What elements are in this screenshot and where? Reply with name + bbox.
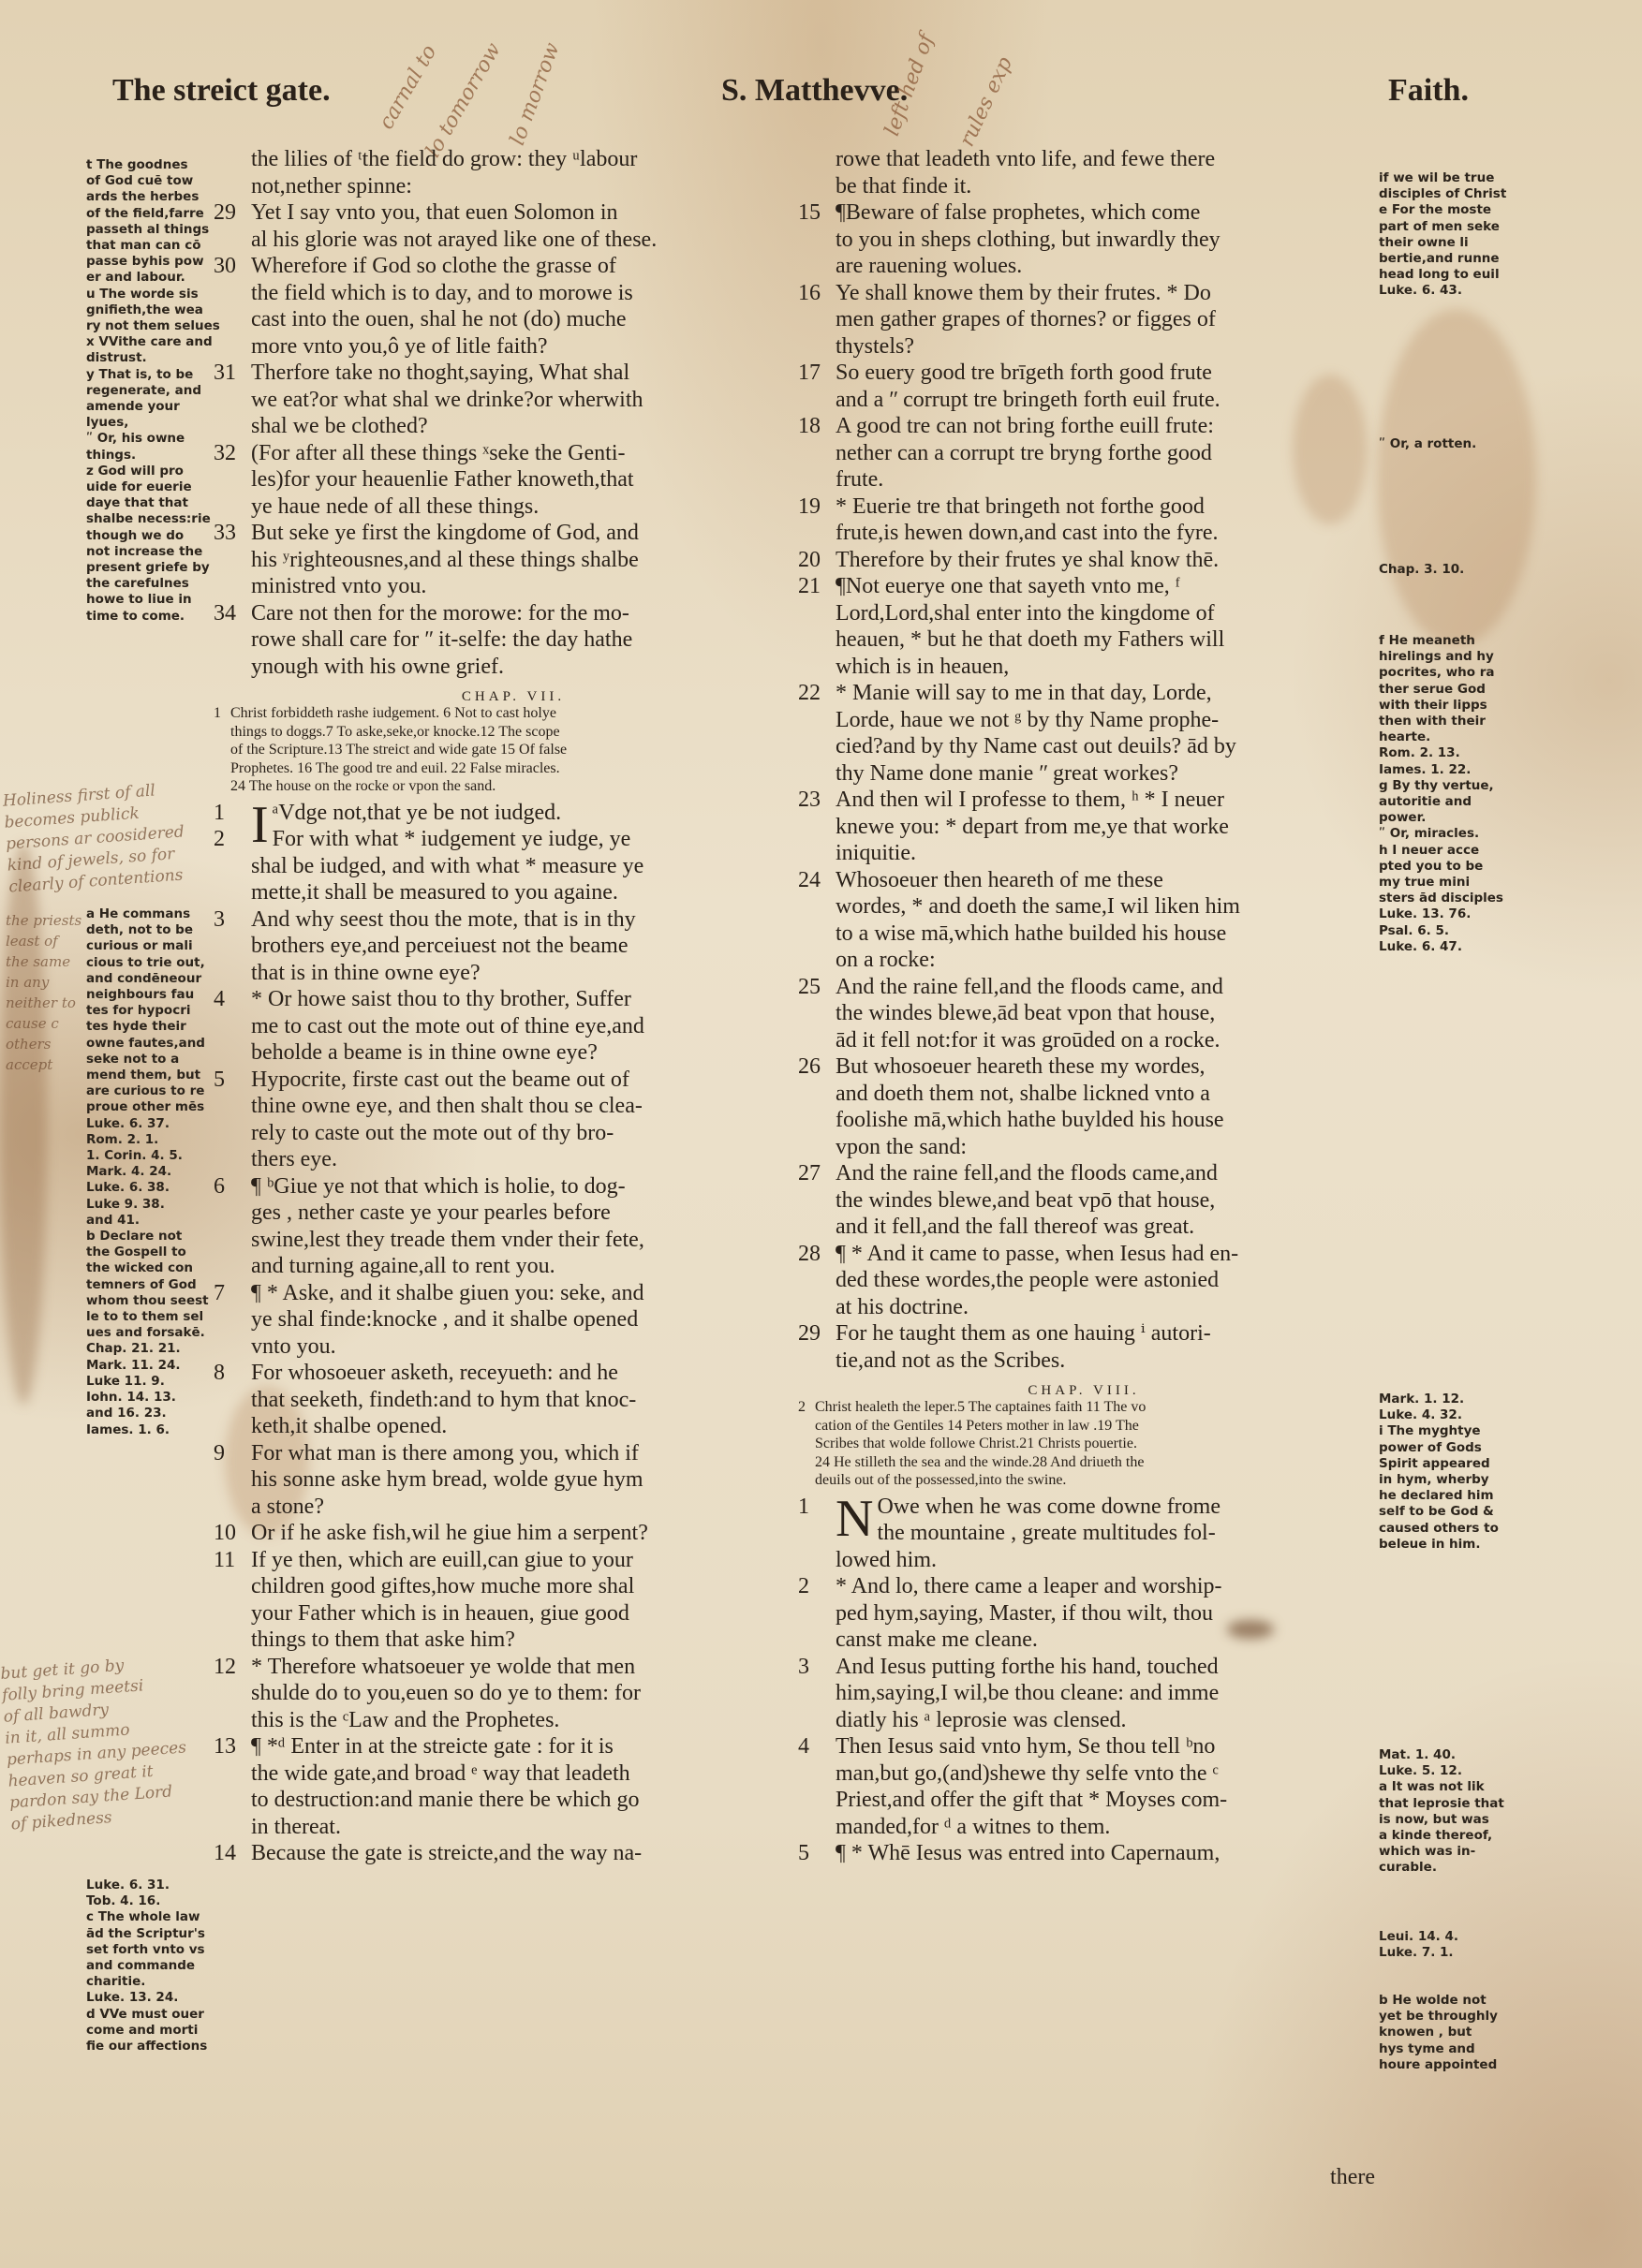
verse-number: 18 <box>798 413 832 440</box>
verse-number: 16 <box>798 280 832 307</box>
verse-line: mette,it shall be measured to you againe… <box>214 879 813 906</box>
verse-line: frute. <box>798 466 1369 493</box>
verse-line: this is the ᶜLaw and the Prophetes. <box>214 1707 813 1734</box>
verse-line: heauen, * but he that doeth my Fathers w… <box>798 626 1369 654</box>
verse-text: that is in thine owne eye? <box>251 961 481 985</box>
verse-line: and a ʺ corrupt tre bringeth forth euil … <box>798 387 1369 414</box>
verse-text: For what man is there among you, which i… <box>251 1441 639 1465</box>
verse-text: Then Iesus said vnto hym, Se thou tell ᵇ… <box>836 1734 1215 1759</box>
margin-note-line: time to come. <box>86 609 220 625</box>
verse-text: the mountaine , greate multitudes fol- <box>877 1521 1215 1545</box>
verse-line: be that finde it. <box>798 173 1369 200</box>
handwritten-marginalia: but get it go byfolly bring meetsiof all… <box>0 1652 192 1836</box>
chapter-summary-line: cation of the Gentiles 14 Peters mother … <box>798 1417 1369 1436</box>
verse-line: men gather grapes of thornes? or figges … <box>798 306 1369 333</box>
verse-line: canst make me cleane. <box>798 1627 1369 1654</box>
verse-line: ye shal finde:knocke , and it shalbe ope… <box>214 1306 813 1333</box>
verse-text: the wide gate,and broad ᵉ way that leade… <box>251 1761 630 1786</box>
verse-text: me to cast out the mote out of thine eye… <box>251 1014 644 1038</box>
verse-line: to destruction:and manie there be which … <box>214 1787 813 1814</box>
margin-note-line: 1. Corin. 4. 5. <box>86 1148 209 1164</box>
verse-text: thystels? <box>836 334 914 359</box>
margin-note-line: part of men seke <box>1379 219 1506 235</box>
verse-line: 4Then Iesus said vnto hym, Se thou tell … <box>798 1733 1369 1760</box>
verse-text: the windes blewe,ād beat vpon that house… <box>836 1001 1215 1025</box>
margin-note-line: tes for hypocri <box>86 1003 209 1019</box>
verse-text: And the raine fell,and the floods came, … <box>836 975 1223 999</box>
verse-text: rowe shall care for ʺ it-selfe: the day … <box>251 627 632 652</box>
verse-text: the field which is to day, and to morowe… <box>251 281 633 305</box>
margin-note-line: ues and forsakē. <box>86 1325 209 1341</box>
verse-text: things to them that aske him? <box>251 1627 515 1652</box>
verse-text: For whosoeuer asketh, receyueth: and he <box>251 1361 618 1385</box>
margin-note-line: daye that that <box>86 495 220 511</box>
verse-text: vnto you. <box>251 1334 336 1359</box>
water-stain <box>1377 309 1536 646</box>
verse-text: ¶Not euerye one that sayeth vnto me, ᶠ <box>836 574 1180 598</box>
running-header: The streict gate. S. Matthevve. Faith. <box>0 73 1642 120</box>
margin-note-line: cious to trie out, <box>86 955 209 971</box>
margin-note: Mark. 1. 12.Luke. 4. 32.i The myghtyepow… <box>1379 1392 1499 1553</box>
verse-line: 20Therefore by their frutes ye shal know… <box>798 547 1369 574</box>
margin-note-line: the carefulnes <box>86 576 220 592</box>
handwritten-line: cause c <box>6 1013 81 1034</box>
verse-text: ᵃVdge not,that ye be not iudged. <box>273 801 562 825</box>
verse-line: the windes blewe,and beat vpō that house… <box>798 1187 1369 1215</box>
chapter-heading: CHAP. VII. <box>214 680 813 704</box>
verse-text: in thereat. <box>251 1815 341 1839</box>
handwritten-line: others <box>6 1034 81 1054</box>
catchword: there <box>1330 2165 1375 2190</box>
verse-text: be that finde it. <box>836 174 971 199</box>
margin-note-line: Rom. 2. 1. <box>86 1132 209 1148</box>
verse-line: 29Yet I say vnto you, that euen Solomon … <box>214 199 813 227</box>
verse-text: nether can a corrupt tre bryng forthe go… <box>836 441 1212 465</box>
margin-note-line: Psal. 6. 5. <box>1379 923 1503 939</box>
margin-note: Luke. 6. 31.Tob. 4. 16.c The whole lawād… <box>86 1878 207 2054</box>
handwritten-marginalia: Holiness first of allbecomes publickpers… <box>2 778 187 898</box>
verse-text: his ʸrighteousnes,and al these things sh… <box>251 548 639 572</box>
verse-number: 2 <box>798 1398 813 1417</box>
margin-note-line: Luke. 13. 24. <box>86 1990 207 2006</box>
verse-text: ¶ * Whē Iesus was entred into Capernaum, <box>836 1841 1220 1865</box>
verse-line: rowe that leadeth vnto life, and fewe th… <box>798 146 1369 173</box>
margin-note-line: y That is, to be <box>86 367 220 383</box>
verse-line: we eat?or what shal we drinke?or wherwit… <box>214 387 813 414</box>
margin-note-line: with their lipps <box>1379 698 1503 714</box>
verse-text: mette,it shall be measured to you againe… <box>251 880 618 905</box>
verse-line: 3And why seest thou the mote, that is in… <box>214 906 813 934</box>
verse-line: 22* Manie will say to me in that day, Lo… <box>798 680 1369 707</box>
margin-note-line: Luke. 13. 76. <box>1379 906 1503 922</box>
margin-note: Mat. 1. 40.Luke. 5. 12.a It was not likt… <box>1379 1747 1504 1877</box>
margin-note-line: a He commans <box>86 906 209 922</box>
verse-line: ynough with his owne grief. <box>214 654 813 681</box>
verse-line: his sonne aske hym bread, wolde gyue hym <box>214 1466 813 1494</box>
margin-note-line: the wicked con <box>86 1260 209 1276</box>
verse-text: ynough with his owne grief. <box>251 655 504 679</box>
verse-text: a stone? <box>251 1495 324 1519</box>
verse-text: men gather grapes of thornes? or figges … <box>836 307 1216 331</box>
verse-number: 2 <box>214 826 247 853</box>
verse-text: things to doggs.7 To aske,seke,or knocke… <box>230 724 560 740</box>
verse-number: 14 <box>214 1840 247 1867</box>
verse-line: man,but go,(and)shewe thy selfe vnto the… <box>798 1760 1369 1788</box>
verse-number: 13 <box>214 1733 247 1760</box>
verse-number: 27 <box>798 1160 832 1187</box>
verse-line: Lorde, haue we not ᵍ by thy Name prophe- <box>798 707 1369 734</box>
verse-line: rowe shall care for ʺ it-selfe: the day … <box>214 626 813 654</box>
margin-note-line: hys tyme and <box>1379 2041 1498 2057</box>
margin-note-line: houre appointed <box>1379 2057 1498 2073</box>
verse-text: ges , nether caste ye your pearles befor… <box>251 1200 611 1225</box>
verse-line: Lord,Lord,shal enter into the kingdome o… <box>798 600 1369 627</box>
verse-text: ped hym,saying, Master, if thou wilt, th… <box>836 1601 1213 1626</box>
margin-note: ʺ Or, a rotten. <box>1379 436 1476 452</box>
verse-line: more vnto you,ô ye of litle faith? <box>214 333 813 361</box>
verse-text: the windes blewe,and beat vpō that house… <box>836 1188 1215 1213</box>
verse-line: 1IᵃVdge not,that ye be not iudged. <box>214 800 813 827</box>
verse-text: But whosoeuer heareth these my wordes, <box>836 1054 1206 1079</box>
margin-note-line: then with their <box>1379 714 1503 729</box>
margin-note-line: though we do <box>86 528 220 544</box>
verse-text: more vnto you,ô ye of litle faith? <box>251 334 548 359</box>
verse-text: Scribes that wolde followe Christ.21 Chr… <box>815 1436 1137 1451</box>
verse-line: brothers eye,and perceiuest not the beam… <box>214 933 813 960</box>
verse-line: your Father which is in heauen, giue goo… <box>214 1600 813 1627</box>
verse-text: rowe that leadeth vnto life, and fewe th… <box>836 147 1215 171</box>
margin-note-line: c The whole law <box>86 1909 207 1925</box>
margin-note-line: d VVe must ouer <box>86 2007 207 2023</box>
verse-text: ye haue nede of all these things. <box>251 494 539 519</box>
margin-note-line: Luke. 4. 32. <box>1379 1407 1499 1423</box>
verse-line: ges , nether caste ye your pearles befor… <box>214 1200 813 1227</box>
margin-note-line: g By thy vertue, <box>1379 778 1503 794</box>
verse-number: 10 <box>214 1520 247 1547</box>
margin-note-line: not increase the <box>86 544 220 560</box>
verse-text: les)for your heauenlie Father knoweth,th… <box>251 467 634 492</box>
verse-text: And Iesus putting forthe his hand, touch… <box>836 1655 1219 1679</box>
margin-note-line: neighbours fau <box>86 987 209 1003</box>
verse-line: foolishe mā,which hathe buylded his hous… <box>798 1107 1369 1134</box>
verse-line: nether can a corrupt tre bryng forthe go… <box>798 440 1369 467</box>
verse-line: 6¶ ᵇGiue ye not that which is holie, to … <box>214 1173 813 1200</box>
chapter-summary-line: of the Scripture.13 The streict and wide… <box>214 741 813 759</box>
left-text-column: the lilies of ᵗthe field do grow: they ᵘ… <box>214 146 813 1867</box>
verse-line: not,nether spinne: <box>214 173 813 200</box>
verse-text: foolishe mā,which hathe buylded his hous… <box>836 1108 1224 1132</box>
margin-note-line: things. <box>86 448 220 464</box>
verse-number: 24 <box>798 867 832 894</box>
margin-note-line: self to be God & <box>1379 1504 1499 1520</box>
margin-note-line: sters ād disciples <box>1379 891 1503 906</box>
verse-line: 27And the raine fell,and the floods came… <box>798 1160 1369 1187</box>
verse-text: keth,it shalbe opened. <box>251 1414 447 1438</box>
verse-line: les)for your heauenlie Father knoweth,th… <box>214 466 813 493</box>
margin-note-line: Mark. 4. 24. <box>86 1164 209 1180</box>
verse-line: frute,is hewen down,and cast into the fy… <box>798 520 1369 547</box>
verse-text: cation of the Gentiles 14 Peters mother … <box>815 1418 1139 1434</box>
verse-line: 5¶ * Whē Iesus was entred into Capernaum… <box>798 1840 1369 1867</box>
verse-text: ād it fell not:for it was groūded on a r… <box>836 1028 1220 1053</box>
verse-line: the wide gate,and broad ᵉ way that leade… <box>214 1760 813 1788</box>
chapter-heading: CHAP. VIII. <box>798 1374 1369 1398</box>
verse-text: and turning againe,all to rent you. <box>251 1254 555 1278</box>
verse-number: 29 <box>798 1320 832 1348</box>
verse-text: him,saying,I wil,be thou cleane: and imm… <box>836 1681 1219 1705</box>
margin-note-line: Luke 9. 38. <box>86 1197 209 1213</box>
verse-line: diatly his ᵃ leprosie was clensed. <box>798 1707 1369 1734</box>
margin-note-line: uide for euerie <box>86 479 220 495</box>
verse-line: the windes blewe,ād beat vpon that house… <box>798 1000 1369 1027</box>
margin-note-line: present griefe by <box>86 560 220 576</box>
margin-note-line: x VVithe care and <box>86 334 220 350</box>
margin-note-line: i The myghtye <box>1379 1423 1499 1439</box>
verse-text: and doeth them not, shalbe lickned vnto … <box>836 1082 1210 1106</box>
verse-number: 1 <box>798 1494 832 1521</box>
verse-text: canst make me cleane. <box>836 1627 1038 1652</box>
chapter-summary-line: Scribes that wolde followe Christ.21 Chr… <box>798 1435 1369 1453</box>
verse-text: Therfore take no thoght,saying, What sha… <box>251 361 629 385</box>
verse-line: and doeth them not, shalbe lickned vnto … <box>798 1081 1369 1108</box>
chapter-summary-line: 24 The house on the rocke or vpon the sa… <box>214 777 813 796</box>
verse-line: tie,and not as the Scribes. <box>798 1348 1369 1375</box>
verse-text: * Euerie tre that bringeth not forthe go… <box>836 494 1205 519</box>
margin-note-line: a It was not lik <box>1379 1779 1504 1795</box>
verse-text: 24 He stilleth the sea and the winde.28 … <box>815 1454 1144 1470</box>
margin-note-line: whom thou seest <box>86 1293 209 1309</box>
verse-number: 8 <box>214 1360 247 1387</box>
verse-line: 2* And lo, there came a leaper and worsh… <box>798 1573 1369 1600</box>
margin-note: Chap. 3. 10. <box>1379 562 1464 578</box>
verse-line: knewe you: * depart from me,ye that work… <box>798 814 1369 841</box>
verse-text: Hypocrite, firste cast out the beame out… <box>251 1068 629 1092</box>
margin-note-line: which was in- <box>1379 1844 1504 1860</box>
verse-number: 2 <box>798 1573 832 1600</box>
verse-line: things to them that aske him? <box>214 1627 813 1654</box>
margin-note-line: power of Gods <box>1379 1440 1499 1456</box>
margin-note-line: head long to euil <box>1379 267 1506 283</box>
margin-note-line: Mark. 11. 24. <box>86 1358 209 1374</box>
verse-number: 22 <box>798 680 832 707</box>
verse-text: * Or howe saist thou to thy brother, Suf… <box>251 987 631 1011</box>
verse-text: cied?and by thy Name cast out deuils? ād… <box>836 734 1236 758</box>
margin-note-line: z God will pro <box>86 464 220 479</box>
margin-note-line: if we wil be true <box>1379 170 1506 186</box>
verse-text: Because the gate is streicte,and the way… <box>251 1841 642 1865</box>
verse-text: frute. <box>836 467 883 492</box>
margin-note-line: charitie. <box>86 1974 207 1990</box>
verse-text: vpon the sand: <box>836 1135 967 1159</box>
right-text-column: rowe that leadeth vnto life, and fewe th… <box>798 146 1369 1867</box>
verse-text: ministred vnto you. <box>251 574 426 598</box>
verse-line: Priest,and offer the gift that * Moyses … <box>798 1787 1369 1814</box>
verse-number: 5 <box>214 1067 247 1094</box>
margin-note-line: Iames. 1. 6. <box>86 1422 209 1438</box>
verse-text: 24 The house on the rocke or vpon the sa… <box>230 778 496 794</box>
margin-note-line: ʺ Or, his owne <box>86 431 220 447</box>
verse-text: are rauening wolues. <box>836 254 1022 278</box>
margin-note-line: le to to them sel <box>86 1309 209 1325</box>
verse-text: Or if he aske fish,wil he giue him a ser… <box>251 1521 648 1545</box>
margin-note-line: autoritie and <box>1379 794 1503 810</box>
verse-number: 20 <box>798 547 832 574</box>
verse-line: ped hym,saying, Master, if thou wilt, th… <box>798 1600 1369 1627</box>
verse-text: we eat?or what shal we drinke?or wherwit… <box>251 388 643 412</box>
verse-text: to you in sheps clothing, but inwardly t… <box>836 228 1220 252</box>
handwritten-marginalia: the priestsleast ofthe samein anyneither… <box>6 910 81 1075</box>
verse-line: the field which is to day, and to morowe… <box>214 280 813 307</box>
verse-text: man,but go,(and)shewe thy selfe vnto the… <box>836 1761 1219 1786</box>
verse-line: manded,for ᵈ a witnes to them. <box>798 1814 1369 1841</box>
verse-line: 17So euery good tre brīgeth forth good f… <box>798 360 1369 387</box>
margin-note-line: hearte. <box>1379 729 1503 745</box>
verse-text: thers eye. <box>251 1147 337 1171</box>
verse-text: your Father which is in heauen, giue goo… <box>251 1601 629 1626</box>
margin-note-line: u The worde sis <box>86 287 220 302</box>
verse-line: 4* Or howe saist thou to thy brother, Su… <box>214 986 813 1013</box>
verse-text: tie,and not as the Scribes. <box>836 1348 1065 1373</box>
verse-text: Owe when he was come downe frome <box>877 1495 1220 1519</box>
verse-line: ministred vnto you. <box>214 573 813 600</box>
verse-line: iniquitie. <box>798 840 1369 867</box>
margin-note-line: he declared him <box>1379 1488 1499 1504</box>
margin-note-line: Chap. 21. 21. <box>86 1341 209 1357</box>
verse-line: al his glorie was not arayed like one of… <box>214 227 813 254</box>
verse-line: beholde a beame is in thine owne eye? <box>214 1039 813 1067</box>
chapter-summary-line: 24 He stilleth the sea and the winde.28 … <box>798 1453 1369 1472</box>
verse-text: this is the ᶜLaw and the Prophetes. <box>251 1708 559 1732</box>
verse-text: and a ʺ corrupt tre bringeth forth euil … <box>836 388 1220 412</box>
verse-line: 13¶ *ᵈ Enter in at the streicte gate : f… <box>214 1733 813 1760</box>
verse-line: 21¶Not euerye one that sayeth vnto me, ᶠ <box>798 573 1369 600</box>
verse-text: of the Scripture.13 The streict and wide… <box>230 742 567 758</box>
margin-note-line: set forth vnto vs <box>86 1942 207 1958</box>
verse-text: at his doctrine. <box>836 1295 969 1319</box>
verse-number: 23 <box>798 787 832 814</box>
verse-line: the lilies of ᵗthe field do grow: they ᵘ… <box>214 146 813 173</box>
verse-text: wordes, * and doeth the same,I wil liken… <box>836 894 1240 919</box>
verse-line: thy Name done manie ʺ great workes? <box>798 760 1369 788</box>
verse-text: ¶ * Aske, and it shalbe giuen you: seke,… <box>251 1281 643 1305</box>
verse-line: 24Whosoeuer then heareth of me these <box>798 867 1369 894</box>
margin-note-line: their owne li <box>1379 235 1506 251</box>
verse-line: 34Care not then for the morowe: for the … <box>214 600 813 627</box>
verse-text: on a rocke: <box>836 948 936 972</box>
verse-text: to destruction:and manie there be which … <box>251 1788 640 1812</box>
verse-number: 4 <box>214 986 247 1013</box>
verse-line: ded these wordes,the people were astonie… <box>798 1267 1369 1294</box>
verse-line: 7¶ * Aske, and it shalbe giuen you: seke… <box>214 1280 813 1307</box>
verse-line: shal we be clothed? <box>214 413 813 440</box>
margin-note-line: ry not them selues <box>86 318 220 334</box>
verse-line: on a rocke: <box>798 947 1369 974</box>
margin-note-line: Leui. 14. 4. <box>1379 1929 1458 1945</box>
margin-note-line: tes hyde their <box>86 1019 209 1035</box>
verse-text: which is in heauen, <box>836 655 1009 679</box>
verse-number: 11 <box>214 1547 247 1574</box>
verse-text: Lord,Lord,shal enter into the kingdome o… <box>836 601 1215 626</box>
verse-line: 33But seke ye first the kingdome of God,… <box>214 520 813 547</box>
margin-note-line: e For the moste <box>1379 202 1506 218</box>
margin-note-line: Iohn. 14. 13. <box>86 1390 209 1406</box>
verse-text: And the raine fell,and the floods came,a… <box>836 1161 1218 1186</box>
verse-text: his sonne aske hym bread, wolde gyue hym <box>251 1467 643 1492</box>
verse-text: diatly his ᵃ leprosie was clensed. <box>836 1708 1127 1732</box>
verse-text: the lilies of ᵗthe field do grow: they ᵘ… <box>251 147 637 171</box>
verse-text: shal we be clothed? <box>251 414 428 438</box>
handwritten-line: accept <box>6 1054 81 1075</box>
verse-line: vpon the sand: <box>798 1134 1369 1161</box>
margin-note-line: ther serue God <box>1379 682 1503 698</box>
verse-text: beholde a beame is in thine owne eye? <box>251 1040 598 1065</box>
verse-text: For he taught them as one hauing ⁱ autor… <box>836 1321 1211 1346</box>
verse-text: Yet I say vnto you, that euen Solomon in <box>251 200 618 225</box>
handwritten-line: the same <box>6 951 81 972</box>
margin-note-line: Mark. 1. 12. <box>1379 1392 1499 1407</box>
handwritten-line: the priests <box>6 910 81 931</box>
margin-note-line: ards the herbes <box>86 189 220 205</box>
verse-line: me to cast out the mote out of thine eye… <box>214 1013 813 1040</box>
verse-line: thers eye. <box>214 1146 813 1173</box>
verse-text: frute,is hewen down,and cast into the fy… <box>836 521 1219 545</box>
verse-number: 28 <box>798 1241 832 1268</box>
verse-text: Lorde, haue we not ᵍ by thy Name prophe- <box>836 708 1219 732</box>
margin-note-line: t The goodnes <box>86 157 220 173</box>
verse-text: * Manie will say to me in that day, Lord… <box>836 681 1212 705</box>
verse-text: Therefore by their frutes ye shal know t… <box>836 548 1219 572</box>
verse-text: Ye shall knowe them by their frutes. * D… <box>836 281 1211 305</box>
verse-line: 30Wherefore if God so clothe the grasse … <box>214 253 813 280</box>
verse-text: * Therefore whatsoeuer ye wolde that men <box>251 1655 635 1679</box>
margin-note-line: Luke. 6. 47. <box>1379 939 1503 955</box>
margin-note-line: hirelings and hy <box>1379 649 1503 665</box>
verse-number: 6 <box>214 1173 247 1200</box>
verse-text: iniquitie. <box>836 841 916 865</box>
verse-number: 17 <box>798 360 832 387</box>
verse-line: 26But whosoeuer heareth these my wordes, <box>798 1053 1369 1081</box>
verse-number: 1 <box>214 800 247 827</box>
chapter-summary-line: Prophetes. 16 The good tre and euil. 22 … <box>214 759 813 778</box>
margin-note-line: knowen , but <box>1379 2025 1498 2040</box>
verse-line: 16Ye shall knowe them by their frutes. *… <box>798 280 1369 307</box>
verse-text: manded,for ᵈ a witnes to them. <box>836 1815 1110 1839</box>
verse-line: 2For with what * iudgement ye iudge, ye <box>214 826 813 853</box>
margin-note-line: ʺ Or, miracles. <box>1379 826 1503 842</box>
margin-note-line: lyues, <box>86 415 220 431</box>
verse-line: thystels? <box>798 333 1369 361</box>
margin-note-line: and commande <box>86 1958 207 1974</box>
margin-note-line: Luke. 5. 12. <box>1379 1763 1504 1779</box>
margin-note-line: Luke. 7. 1. <box>1379 1945 1458 1961</box>
margin-note-line: and 16. 23. <box>86 1406 209 1421</box>
verse-text: Care not then for the morowe: for the mo… <box>251 601 629 626</box>
verse-line: 19* Euerie tre that bringeth not forthe … <box>798 493 1369 521</box>
margin-note-line: of the field,farre <box>86 206 220 222</box>
margin-note-line: in hym, wherby <box>1379 1472 1499 1488</box>
verse-number: 9 <box>214 1440 247 1467</box>
verse-line: 28¶ * And it came to passe, when Iesus h… <box>798 1241 1369 1268</box>
chapter-summary-line: 1Christ forbiddeth rashe iudgement. 6 No… <box>214 704 813 723</box>
verse-number: 15 <box>798 199 832 227</box>
margin-note-line: curable. <box>1379 1860 1504 1876</box>
verse-line: to a wise mā,which hathe builded his hou… <box>798 920 1369 948</box>
margin-note-line: Luke. 6. 38. <box>86 1180 209 1196</box>
verse-text: And why seest thou the mote, that is in … <box>251 907 636 932</box>
verse-line: 9For what man is there among you, which … <box>214 1440 813 1467</box>
margin-note-line: Iames. 1. 22. <box>1379 762 1503 778</box>
margin-note: if we wil be truedisciples of Christe Fo… <box>1379 170 1506 300</box>
